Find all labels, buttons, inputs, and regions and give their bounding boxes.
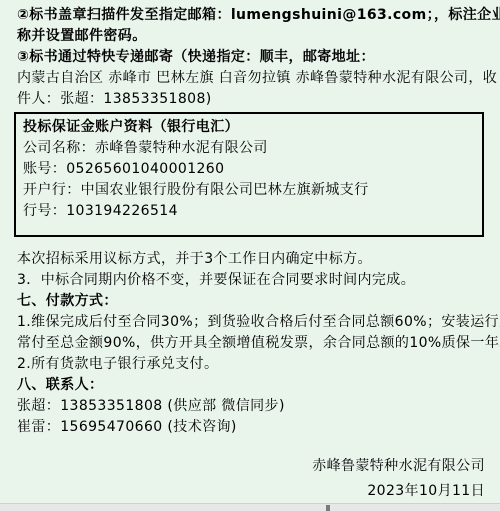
terms-line1: 本次招标采用议标方式，并于3个工作日内确定中标方。 (17, 249, 485, 270)
tender-document: ②标书盖章扫描件发至指定邮箱：lumengshuini@163.com；，标注企… (0, 0, 500, 504)
deposit-company-name: 公司名称：赤峰鲁蒙特种水泥有限公司 (23, 138, 478, 159)
scrollbar-thumb[interactable] (326, 505, 330, 511)
signature-company: 赤峰鲁蒙特种水泥有限公司 (17, 454, 485, 479)
contacts-heading: 八、联系人： (17, 375, 485, 396)
notice-item3-recipient-line: 件人：张超：13853351808) (17, 89, 485, 110)
signature-date: 2023年10月11日 (17, 479, 485, 504)
deposit-bank-code: 行号：103194226514 (23, 201, 478, 222)
payment-line2: 常付至总金额90%，供方开具全额增值税发票，余合同总额的10%质保一年。 (17, 333, 485, 354)
notice-item3-address-line: 内蒙古自治区 赤峰市 巴林左旗 白音勿拉镇 赤峰鲁蒙特种水泥有限公司，收 (17, 68, 485, 89)
signature-block: 赤峰鲁蒙特种水泥有限公司 2023年10月11日 (17, 454, 485, 504)
terms-line2: 3．中标合同期内价格不变，并要保证在合同要求时间内完成。 (17, 270, 485, 291)
notice-item2-line1: ②标书盖章扫描件发至指定邮箱：lumengshuini@163.com；，标注企… (17, 5, 485, 26)
notice-item3-line1: ③标书通过特快专递邮寄（快递指定：顺丰，邮寄地址： (17, 47, 485, 68)
payment-line1: 1.维保完成后付至合同30%；到货验收合格后付至合同总额60%；安装运行正 (17, 312, 485, 333)
payment-heading: 七、付款方式： (17, 291, 485, 312)
deposit-account-number: 账号：05265601040001260 (23, 159, 478, 180)
contact-cuilei: 崔雷：15695470660 (技术咨询) (17, 417, 485, 438)
deposit-account-box: 投标保证金账户资料（银行电汇） 公司名称：赤峰鲁蒙特种水泥有限公司 账号：052… (14, 112, 484, 237)
terms-section: 本次招标采用议标方式，并于3个工作日内确定中标方。 3．中标合同期内价格不变，并… (17, 249, 485, 291)
horizontal-scrollbar (0, 503, 500, 511)
payment-line3: 2.所有货款电子银行承兑支付。 (17, 354, 485, 375)
payment-section: 七、付款方式： 1.维保完成后付至合同30%；到货验收合格后付至合同总额60%；… (17, 291, 485, 375)
deposit-bank-name: 开户行：中国农业银行股份有限公司巴林左旗新城支行 (23, 180, 478, 201)
notice-item2-line2: 称并设置邮件密码。 (17, 26, 485, 47)
deposit-box-title: 投标保证金账户资料（银行电汇） (23, 117, 478, 138)
contact-zhangchao: 张超：13853351808 (供应部 微信同步) (17, 396, 485, 417)
contacts-section: 八、联系人： 张超：13853351808 (供应部 微信同步) 崔雷：1569… (17, 375, 485, 438)
